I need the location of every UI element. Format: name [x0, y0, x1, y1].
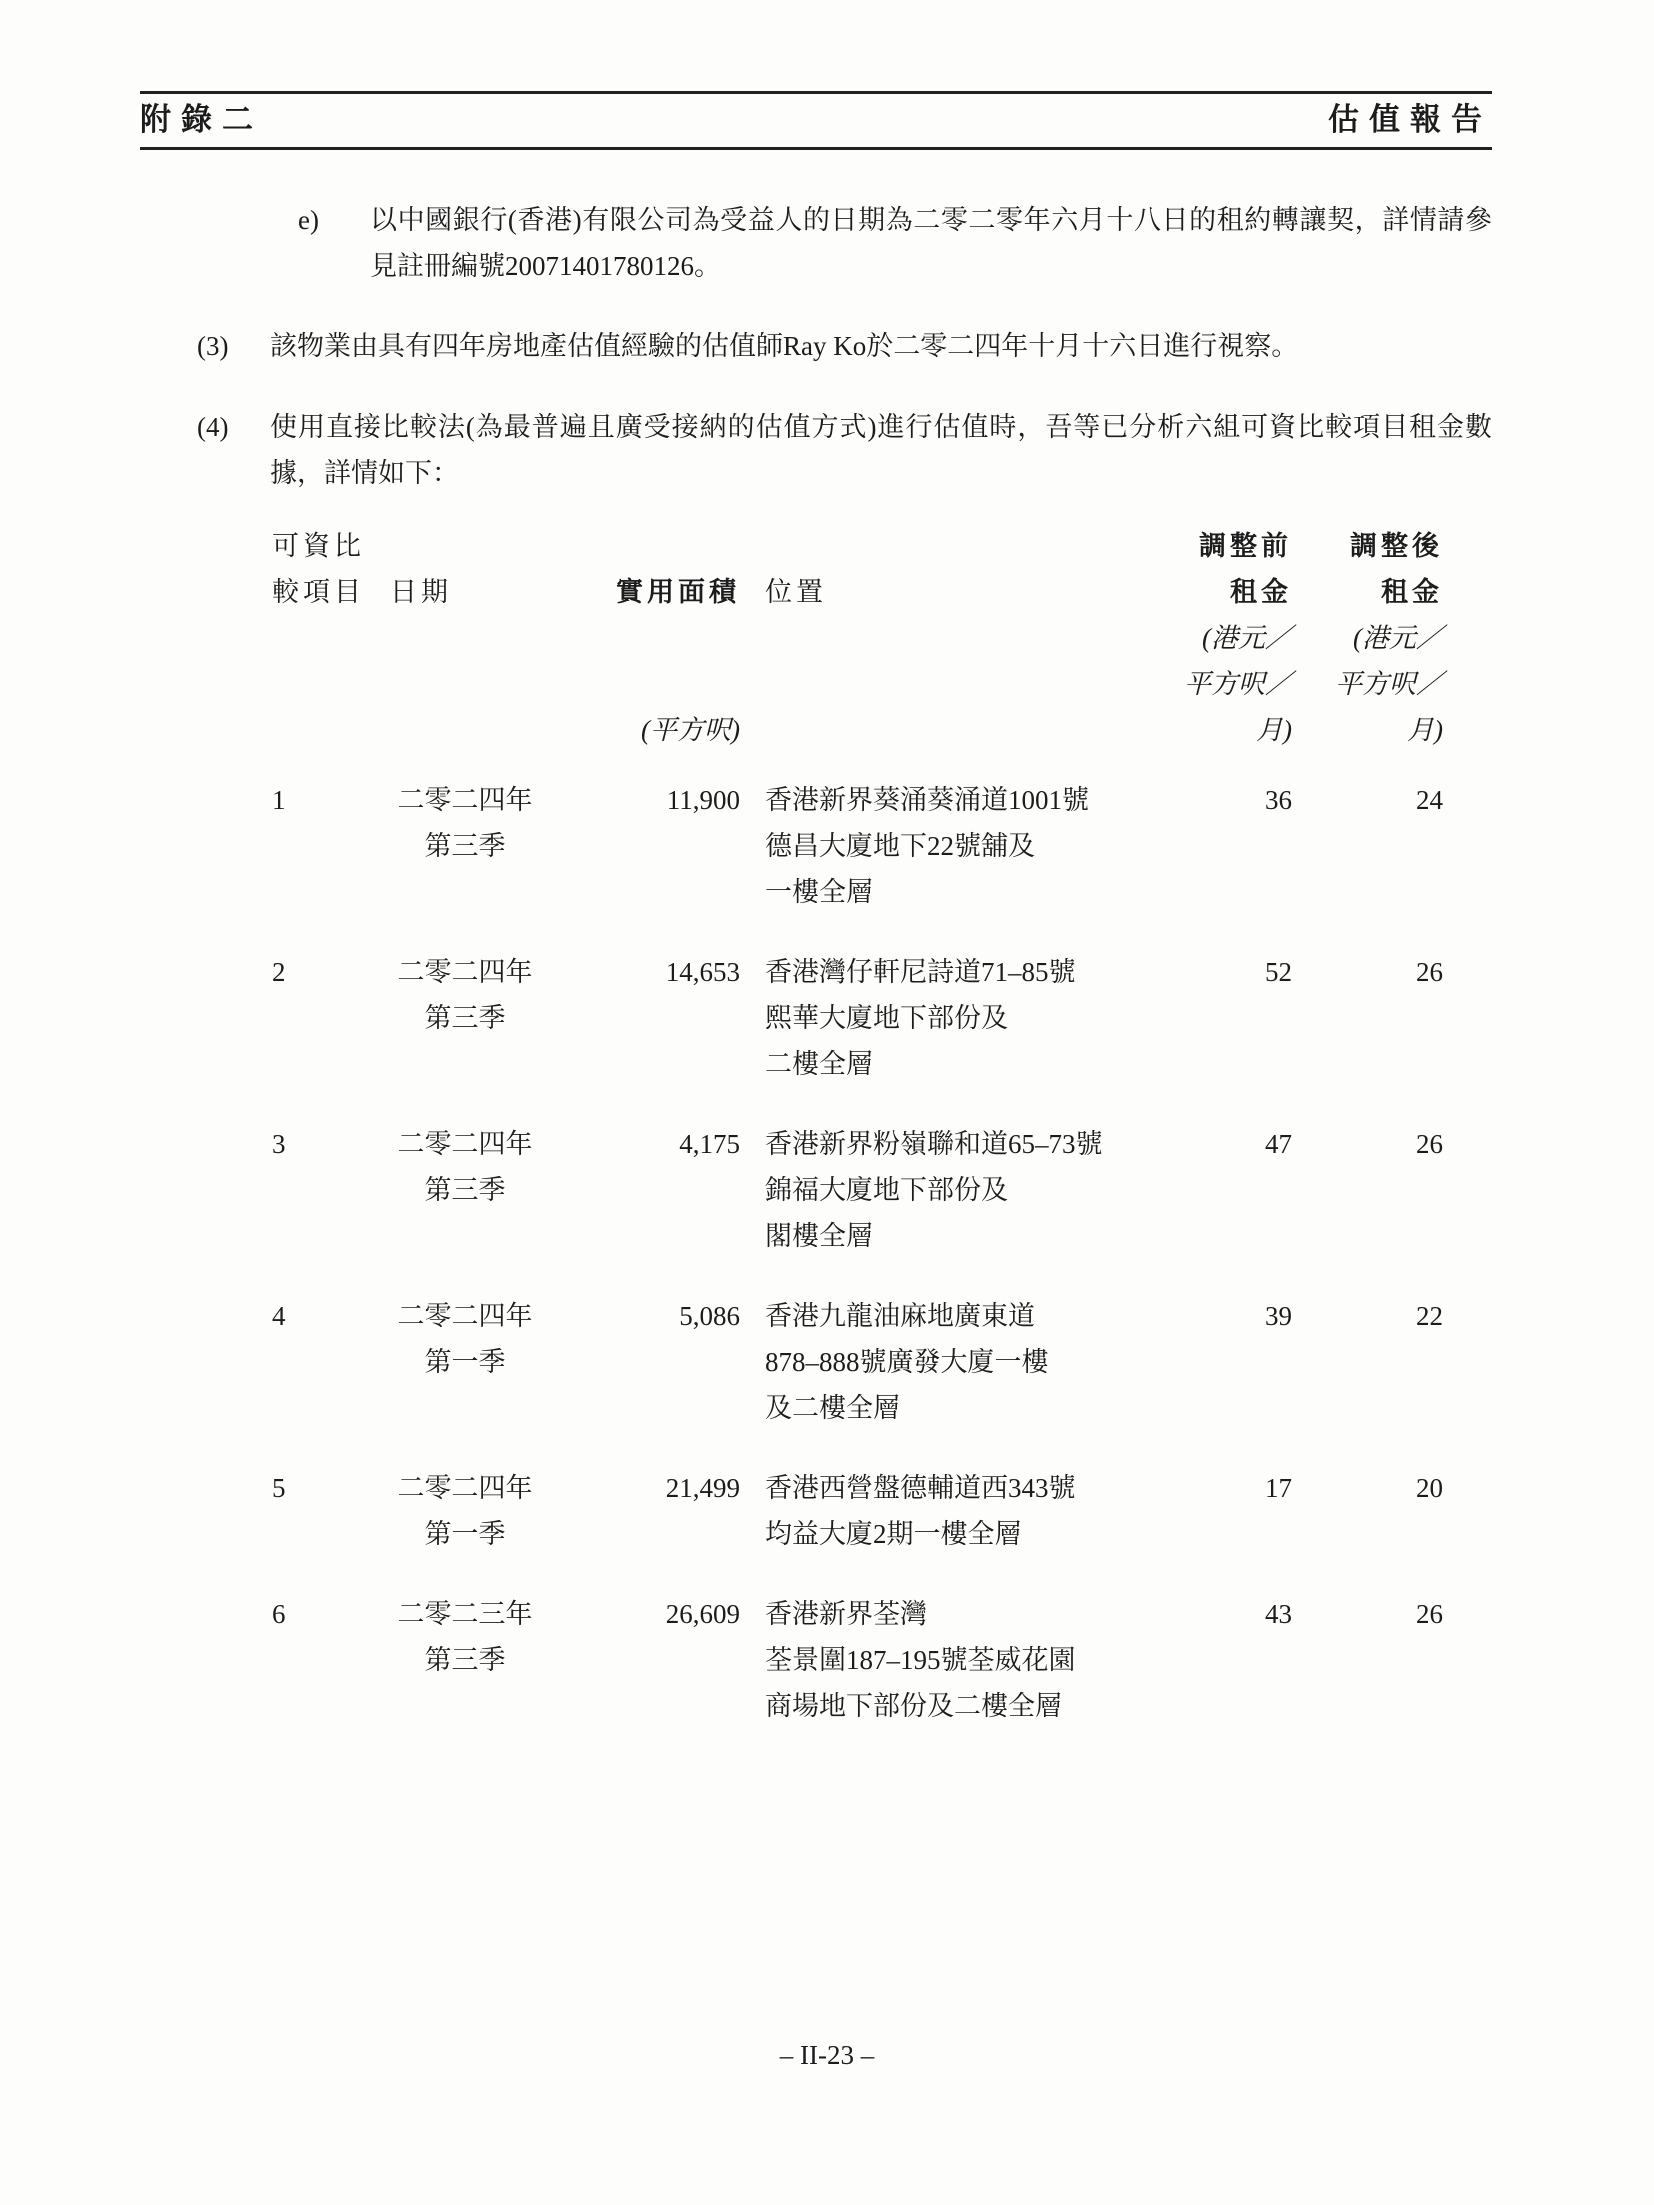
rent-after-unit-label: (港元／ 平方呎／ 月) [1292, 615, 1443, 753]
list-marker-4: (4) [197, 404, 270, 450]
paragraph-4-text: 使用直接比較法(為最普遍且廣受接納的估值方式)進行估值時，吾等已分析六組可資比較… [270, 404, 1492, 496]
report-title: 估值報告 [1328, 101, 1492, 139]
row-date: 二零二四年 第三季 [390, 1121, 540, 1293]
row-rent-before: 47 [1150, 1121, 1292, 1293]
col-header-date: 日期 [390, 523, 540, 777]
list-marker-e: e) [298, 197, 370, 243]
table-row: 2 二零二四年 第三季 14,653 香港灣仔軒尼詩道71–85號 熙華大廈地下… [272, 949, 1443, 1121]
running-header: 附錄二 估值報告 [140, 91, 1492, 150]
row-number: 3 [272, 1121, 390, 1293]
row-number: 2 [272, 949, 390, 1121]
col-header-rent-after: 調整後 租金 (港元／ 平方呎／ 月) [1292, 523, 1443, 777]
row-area: 5,086 [540, 1293, 740, 1465]
row-rent-after: 22 [1292, 1293, 1443, 1465]
table-row: 6 二零二三年 第三季 26,609 香港新界荃灣 荃景圍187–195號荃威花… [272, 1591, 1443, 1763]
col-header-area-label: 實用面積 [540, 569, 740, 615]
row-location: 香港九龍油麻地廣東道 878–888號廣發大廈一樓 及二樓全層 [740, 1293, 1150, 1465]
row-area: 26,609 [540, 1591, 740, 1763]
row-rent-after: 26 [1292, 1121, 1443, 1293]
comparables-table: 可資比 較項目 日期 實用面積 (平方呎) 位置 調整前 租金 (港元／ 平方呎… [272, 523, 1443, 1763]
row-date: 二零二四年 第三季 [390, 949, 540, 1121]
table-row: 5 二零二四年 第一季 21,499 香港西營盤德輔道西343號 均益大廈2期一… [272, 1465, 1443, 1591]
col-header-location: 位置 [740, 523, 1150, 777]
row-date: 二零二四年 第一季 [390, 1293, 540, 1465]
row-number: 6 [272, 1591, 390, 1763]
row-location: 香港新界荃灣 荃景圍187–195號荃威花園 商場地下部份及二樓全層 [740, 1591, 1150, 1763]
row-location: 香港灣仔軒尼詩道71–85號 熙華大廈地下部份及 二樓全層 [740, 949, 1150, 1121]
row-rent-before: 39 [1150, 1293, 1292, 1465]
row-rent-before: 43 [1150, 1591, 1292, 1763]
paragraph-3: (3) 該物業由具有四年房地產估值經驗的估值師Ray Ko於二零二四年十月十六日… [140, 323, 1492, 369]
row-rent-before: 36 [1150, 777, 1292, 949]
col-header-item: 可資比 較項目 [272, 523, 390, 777]
rent-before-unit-label: (港元／ 平方呎／ 月) [1150, 615, 1292, 753]
rent-after-label: 調整後 租金 [1292, 523, 1443, 615]
header-bottom-rule [140, 147, 1492, 150]
row-rent-after: 20 [1292, 1465, 1443, 1591]
row-number: 4 [272, 1293, 390, 1465]
row-area: 4,175 [540, 1121, 740, 1293]
paragraph-3-text: 該物業由具有四年房地產估值經驗的估值師Ray Ko於二零二四年十月十六日進行視察… [270, 323, 1492, 369]
table-row: 3 二零二四年 第三季 4,175 香港新界粉嶺聯和道65–73號 錦福大廈地下… [272, 1121, 1443, 1293]
row-area: 14,653 [540, 949, 740, 1121]
page-number: – II-23 – [0, 2032, 1654, 2078]
row-date: 二零二四年 第一季 [390, 1465, 540, 1591]
appendix-title: 附錄二 [140, 101, 263, 139]
area-unit-label: (平方呎) [540, 707, 740, 753]
document-page: 附錄二 估值報告 e) 以中國銀行(香港)有限公司為受益人的日期為二零二零年六月… [0, 0, 1654, 2205]
col-header-area: 實用面積 (平方呎) [540, 523, 740, 777]
table-row: 1 二零二四年 第三季 11,900 香港新界葵涌葵涌道1001號 德昌大廈地下… [272, 777, 1443, 949]
row-rent-after: 26 [1292, 949, 1443, 1121]
row-date: 二零二四年 第三季 [390, 777, 540, 949]
paragraph-e-text: 以中國銀行(香港)有限公司為受益人的日期為二零二零年六月十八日的租約轉讓契，詳情… [370, 197, 1492, 289]
row-number: 5 [272, 1465, 390, 1591]
row-rent-after: 24 [1292, 777, 1443, 949]
row-area: 11,900 [540, 777, 740, 949]
rent-before-label: 調整前 租金 [1150, 523, 1292, 615]
row-rent-before: 52 [1150, 949, 1292, 1121]
row-location: 香港西營盤德輔道西343號 均益大廈2期一樓全層 [740, 1465, 1150, 1591]
list-marker-3: (3) [197, 323, 270, 369]
row-date: 二零二三年 第三季 [390, 1591, 540, 1763]
table-header-row: 可資比 較項目 日期 實用面積 (平方呎) 位置 調整前 租金 (港元／ 平方呎… [272, 523, 1443, 777]
col-header-rent-before: 調整前 租金 (港元／ 平方呎／ 月) [1150, 523, 1292, 777]
row-rent-after: 26 [1292, 1591, 1443, 1763]
paragraph-e: e) 以中國銀行(香港)有限公司為受益人的日期為二零二零年六月十八日的租約轉讓契… [140, 197, 1492, 289]
row-rent-before: 17 [1150, 1465, 1292, 1591]
row-location: 香港新界葵涌葵涌道1001號 德昌大廈地下22號舖及 一樓全層 [740, 777, 1150, 949]
page-content: e) 以中國銀行(香港)有限公司為受益人的日期為二零二零年六月十八日的租約轉讓契… [140, 152, 1492, 1763]
table-row: 4 二零二四年 第一季 5,086 香港九龍油麻地廣東道 878–888號廣發大… [272, 1293, 1443, 1465]
row-location: 香港新界粉嶺聯和道65–73號 錦福大廈地下部份及 閣樓全層 [740, 1121, 1150, 1293]
paragraph-4: (4) 使用直接比較法(為最普遍且廣受接納的估值方式)進行估值時，吾等已分析六組… [140, 404, 1492, 496]
row-number: 1 [272, 777, 390, 949]
row-area: 21,499 [540, 1465, 740, 1591]
